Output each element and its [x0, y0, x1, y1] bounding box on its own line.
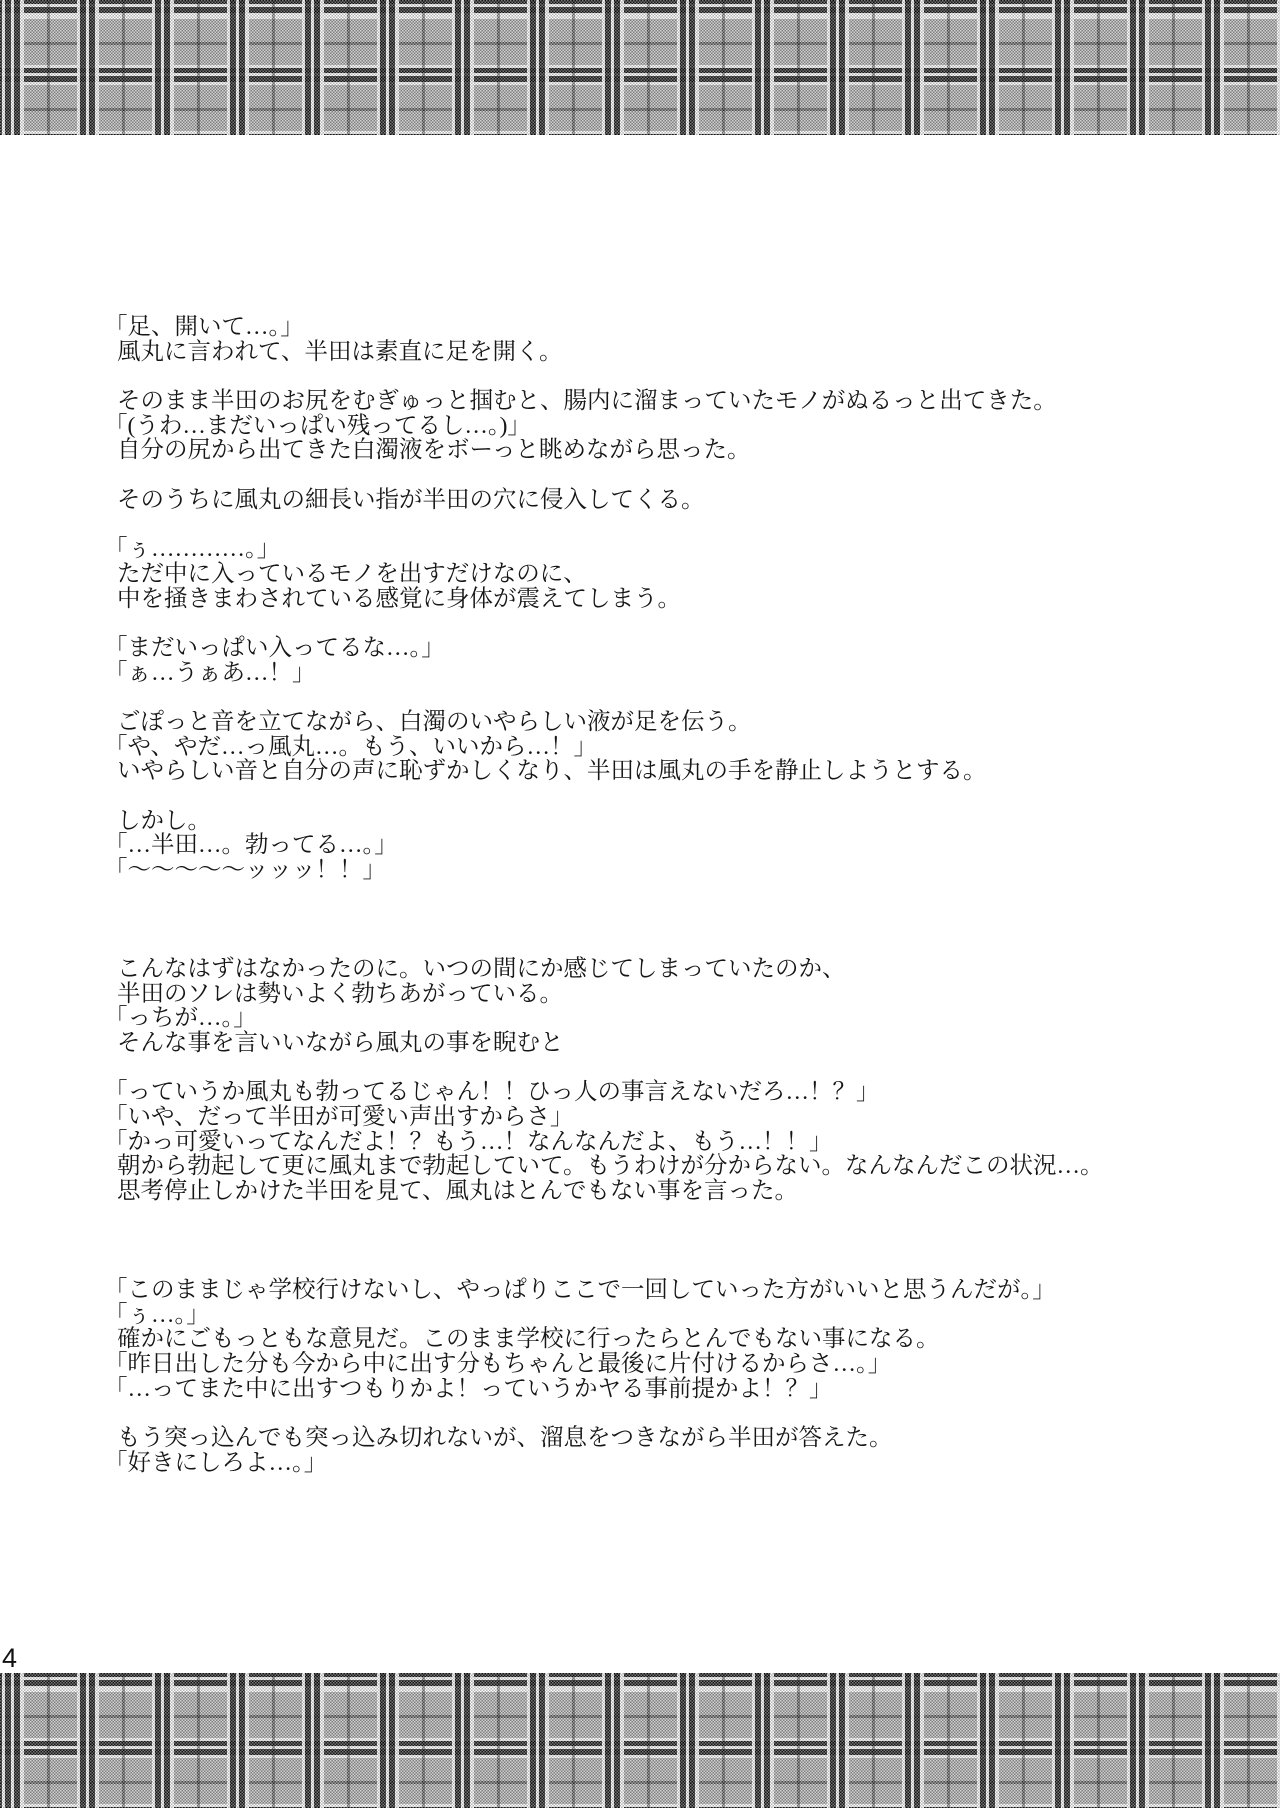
text-line: 「まだいっぱい入ってるな…。」: [104, 636, 1244, 661]
text-line: 確かにごもっともな意見だ。このまま学校に行ったらとんでもない事になる。: [104, 1327, 1244, 1352]
text-line: 自分の尻から出てきた白濁液をボーっと眺めながら思った。: [104, 438, 1244, 463]
text-line: 「～～～～～ッッッ！！」: [104, 858, 1244, 883]
text-line: 「好きにしろよ…。」: [104, 1451, 1244, 1476]
doujinshi-page: 「足、開いて…。」風丸に言われて、半田は素直に足を開く。そのまま半田のお尻をむぎ…: [0, 0, 1280, 1808]
text-line: ごぽっと音を立てながら、白濁のいやらしい液が足を伝う。: [104, 710, 1244, 735]
text-line: 「(うわ…まだいっぱい残ってるし…。)」: [104, 414, 1244, 439]
text-line: もう突っ込んでも突っ込み切れないが、溜息をつきながら半田が答えた。: [104, 1426, 1244, 1451]
text-line: 「…半田…。勃ってる…。」: [104, 833, 1244, 858]
plaid-border-top: [0, 0, 1280, 135]
text-line: 「ぅ…。」: [104, 1303, 1244, 1328]
plaid-border-bottom: [0, 1673, 1280, 1808]
text-line: 「かっ可愛いってなんだよ！？もう…！なんなんだよ、もう…！！」: [104, 1130, 1244, 1155]
story-text-body: 「足、開いて…。」風丸に言われて、半田は素直に足を開く。そのまま半田のお尻をむぎ…: [104, 315, 1244, 1475]
text-line: しかし。: [104, 809, 1244, 834]
text-line: ただ中に入っているモノを出すだけなのに、: [104, 562, 1244, 587]
text-line: 「このままじゃ学校行けないし、やっぱりここで一回していった方がいいと思うんだが。…: [104, 1278, 1244, 1303]
text-line: そのまま半田のお尻をむぎゅっと掴むと、腸内に溜まっていたモノがぬるっと出てきた。: [104, 389, 1244, 414]
text-line: 「昨日出した分も今から中に出す分もちゃんと最後に片付けるからさ…。」: [104, 1352, 1244, 1377]
text-line: 「っていうか風丸も勃ってるじゃん！！ひっ人の事言えないだろ…！？」: [104, 1080, 1244, 1105]
text-line: 中を掻きまわされている感覚に身体が震えてしまう。: [104, 587, 1244, 612]
text-line: 「足、開いて…。」: [104, 315, 1244, 340]
text-line: 「っちが…。」: [104, 1006, 1244, 1031]
text-line: 「ぁ…うぁあ…！」: [104, 661, 1244, 686]
page-number: 4: [2, 1645, 17, 1672]
text-line: 風丸に言われて、半田は素直に足を開く。: [104, 340, 1244, 365]
text-line: そのうちに風丸の細長い指が半田の穴に侵入してくる。: [104, 488, 1244, 513]
text-line: 朝から勃起して更に風丸まで勃起していて。もうわけが分からない。なんなんだこの状況…: [104, 1154, 1244, 1179]
text-line: 「ぅ…………。」: [104, 537, 1244, 562]
text-line: 「や、やだ…っ風丸…。もう、いいから…！」: [104, 735, 1244, 760]
text-line: 「いや、だって半田が可愛い声出すからさ」: [104, 1105, 1244, 1130]
text-line: 思考停止しかけた半田を見て、風丸はとんでもない事を言った。: [104, 1179, 1244, 1204]
text-line: そんな事を言いいながら風丸の事を睨むと: [104, 1031, 1244, 1056]
text-line: いやらしい音と自分の声に恥ずかしくなり、半田は風丸の手を静止しようとする。: [104, 759, 1244, 784]
text-line: 半田のソレは勢いよく勃ちあがっている。: [104, 982, 1244, 1007]
text-line: こんなはずはなかったのに。いつの間にか感じてしまっていたのか、: [104, 957, 1244, 982]
text-line: 「…ってまた中に出すつもりかよ！っていうかヤる事前提かよ！？」: [104, 1377, 1244, 1402]
